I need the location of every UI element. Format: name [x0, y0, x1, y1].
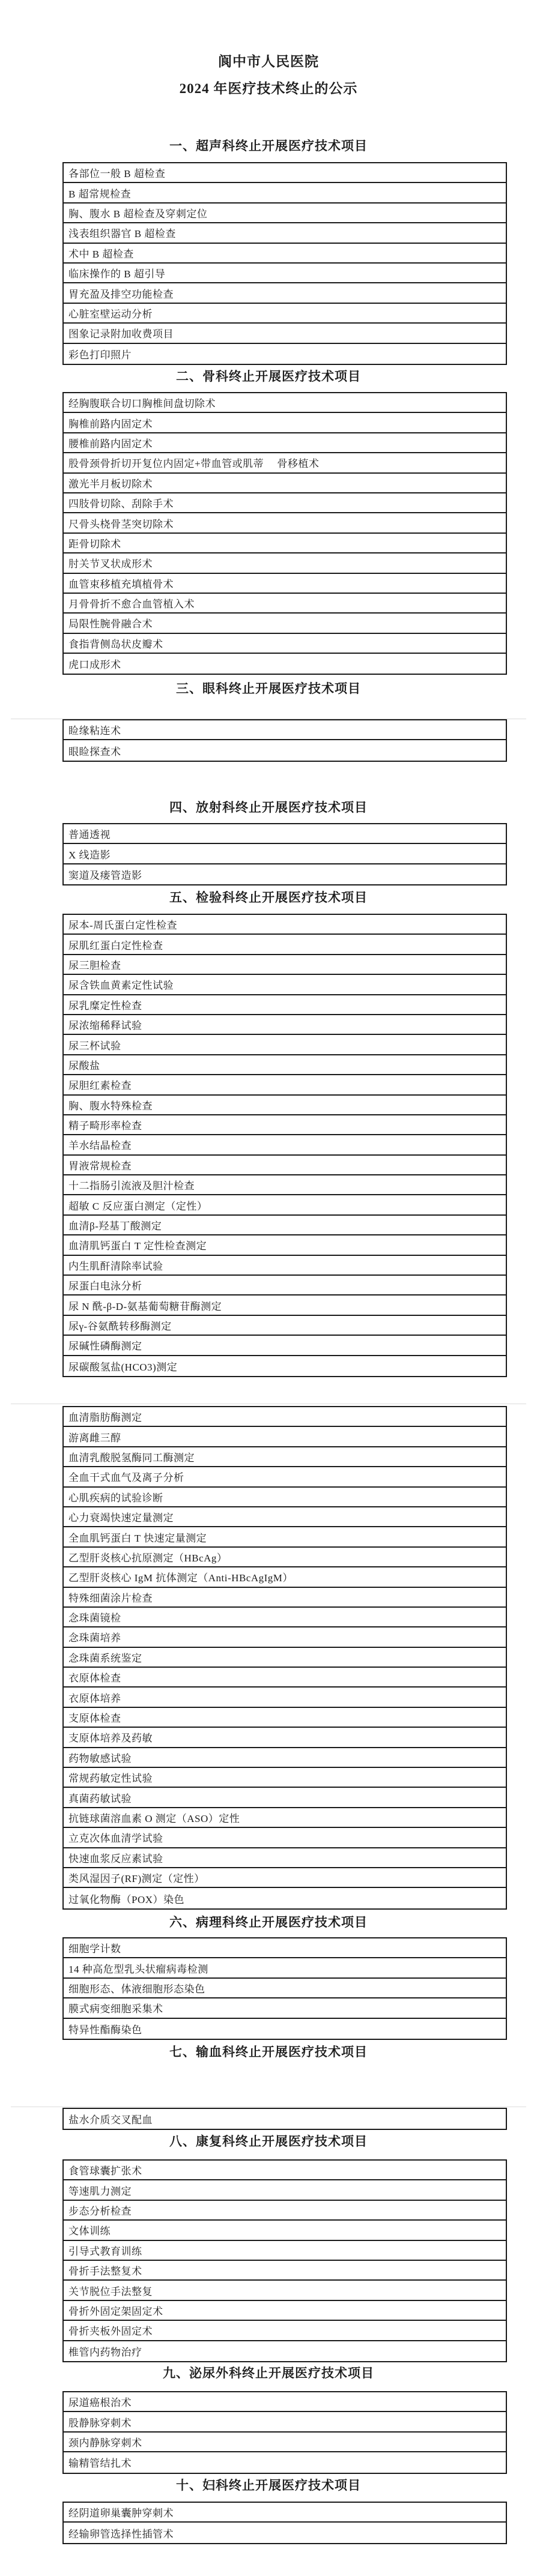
item-label: 尿 N 酰-β-D-氨基葡萄糖苷酶测定: [68, 1298, 222, 1313]
table-row: 经阴道卵巢囊肿穿刺术: [64, 2503, 506, 2523]
table-row: 尿γ-谷氨酰转移酶测定: [64, 1316, 506, 1336]
table-row: 过氧化物酶（POX）染色: [64, 1888, 506, 1908]
item-label: 经输卵管选择性插管术: [68, 2526, 174, 2541]
table-row: 血清β-羟基丁酸测定: [64, 1216, 506, 1235]
item-label: 尿胆红素检查: [68, 1077, 132, 1092]
item-label: 细胞形态、体液细胞形态染色: [68, 1980, 205, 1995]
table-row: 胸、腹水 B 超检查及穿刺定位: [64, 204, 506, 223]
terminated-items-table: 血清脂肪酶测定游离雌三醇血清乳酸脱氢酶同工酶测定全血干式血气及离子分析心肌疾病的…: [62, 1406, 507, 1910]
item-label: 真菌药敏试验: [68, 1790, 132, 1805]
table-row: 骨折手法整复术: [64, 2261, 506, 2281]
table-row: 支原体培养及药敏: [64, 1728, 506, 1748]
item-label: 尿碳酸氢盐(HCO3)测定: [68, 1359, 177, 1374]
item-label: 血清肌钙蛋白 T 定性检查测定: [68, 1237, 207, 1252]
table-row: 输精管结扎术: [64, 2452, 506, 2472]
item-label: 胸椎前路内固定术: [68, 415, 153, 430]
table-row: 膜式病变细胞采集术: [64, 1998, 506, 2018]
item-label: 乙型肝炎核心抗原测定（HBcAg）: [68, 1549, 227, 1564]
item-label: 膜式病变细胞采集术: [68, 2000, 163, 2015]
table-row: 尿酸盐: [64, 1055, 506, 1075]
item-label: 各部位一般 B 超检查: [68, 165, 165, 180]
table-row: 胸椎前路内固定术: [64, 413, 506, 433]
item-label: 骨折手法整复术: [68, 2263, 142, 2278]
table-row: 乙型肝炎核心 IgM 抗体测定（Anti-HBcAgIgM）: [64, 1567, 506, 1587]
table-row: 股骨颈骨折切开复位内固定+带血管或肌蒂 骨移植术: [64, 453, 506, 473]
item-label: 衣原体检查: [68, 1670, 121, 1685]
item-label: 尿酸盐: [68, 1057, 100, 1072]
table-row: 局限性腕骨融合术: [64, 614, 506, 633]
page-break-shadow: [11, 1404, 526, 1404]
table-row: 细胞学计数: [64, 1938, 506, 1958]
item-label: 药物敏感试验: [68, 1750, 132, 1765]
item-label: 局限性腕骨融合术: [68, 615, 153, 630]
item-label: 骨折夹板外固定术: [68, 2323, 153, 2338]
table-row: 胸、腹水特殊检查: [64, 1096, 506, 1115]
item-label: 细胞学计数: [68, 1940, 121, 1955]
item-label: 支原体培养及药敏: [68, 1730, 153, 1745]
item-label: 十二指肠引流液及胆汁检查: [68, 1177, 195, 1192]
table-row: 颈内静脉穿刺术: [64, 2433, 506, 2452]
terminated-items-table: 盐水介质交叉配血: [62, 2108, 507, 2130]
table-row: 念珠菌镜检: [64, 1608, 506, 1627]
section-heading: 六、病理科终止开展医疗技术项目: [0, 1913, 537, 1931]
terminated-items-table: 经胸腹联合切口胸椎间盘切除术胸椎前路内固定术腰椎前路内固定术股骨颈骨折切开复位内…: [62, 392, 507, 675]
terminated-items-table: 普通透视X 线造影窦道及瘘管造影: [62, 823, 507, 885]
hospital-name: 阆中市人民医院: [0, 53, 537, 71]
table-row: 各部位一般 B 超检查: [64, 163, 506, 183]
table-row: 全血干式血气及离子分析: [64, 1467, 506, 1487]
table-row: 关节脱位手法整复: [64, 2281, 506, 2300]
item-label: 念珠菌镜检: [68, 1609, 121, 1624]
item-label: 心脏室壁运动分析: [68, 306, 153, 321]
item-label: 窦道及瘘管造影: [68, 867, 142, 882]
item-label: 乙型肝炎核心 IgM 抗体测定（Anti-HBcAgIgM）: [68, 1569, 293, 1584]
item-label: 术中 B 超检查: [68, 246, 134, 261]
item-label: 衣原体培养: [68, 1690, 121, 1705]
item-label: 超敏 C 反应蛋白测定（定性）: [68, 1198, 207, 1213]
table-row: 椎管内药物治疗: [64, 2341, 506, 2361]
terminated-items-table: 细胞学计数14 种高危型乳头状瘤病毒检测细胞形态、体液细胞形态染色膜式病变细胞采…: [62, 1937, 507, 2040]
item-label: 虎口成形术: [68, 656, 121, 671]
item-label: 激光半月板切除术: [68, 475, 153, 490]
table-row: 心脏室壁运动分析: [64, 304, 506, 324]
table-row: 抗链球菌溶血素 O 测定（ASO）定性: [64, 1808, 506, 1828]
table-row: 羊水结晶检查: [64, 1135, 506, 1155]
table-row: 常规药敏定性试验: [64, 1768, 506, 1788]
table-row: 支原体检查: [64, 1708, 506, 1728]
item-label: 尿γ-谷氨酰转移酶测定: [68, 1318, 172, 1333]
table-row: 食指背侧岛状皮瓣术: [64, 634, 506, 654]
table-row: 十二指肠引流液及胆汁检查: [64, 1175, 506, 1195]
table-row: 血清肌钙蛋白 T 定性检查测定: [64, 1235, 506, 1255]
item-label: 精子畸形率检查: [68, 1117, 142, 1132]
item-label: 文体训练: [68, 2222, 111, 2237]
item-label: 股静脉穿刺术: [68, 2415, 132, 2430]
item-label: 全血干式血气及离子分析: [68, 1469, 184, 1484]
item-label: 步态分析检查: [68, 2203, 132, 2218]
notice-title: 2024 年医疗技术终止的公示: [0, 80, 537, 98]
item-label: 类风湿因子(RF)测定（定性）: [68, 1870, 205, 1885]
item-label: 尿含铁血黄素定性试验: [68, 977, 174, 992]
item-label: 尿肌红蛋白定性检查: [68, 937, 163, 952]
item-label: 四肢骨切除、刮除手术: [68, 495, 174, 510]
section-heading: 九、泌尿外科终止开展医疗技术项目: [0, 2364, 537, 2382]
table-row: 血清脂肪酶测定: [64, 1407, 506, 1427]
table-row: 尿胆红素检查: [64, 1075, 506, 1095]
table-row: 虎口成形术: [64, 654, 506, 674]
table-row: 心肌疾病的试验诊断: [64, 1488, 506, 1507]
section-heading: 七、输血科终止开展医疗技术项目: [0, 2043, 537, 2061]
table-row: 尿浓缩稀释试验: [64, 1015, 506, 1035]
item-label: 距骨切除术: [68, 535, 121, 550]
table-row: 真菌药敏试验: [64, 1788, 506, 1808]
table-row: 尿道癌根治术: [64, 2392, 506, 2412]
item-label: 过氧化物酶（POX）染色: [68, 1891, 184, 1906]
item-label: 念珠菌培养: [68, 1629, 121, 1644]
item-label: 心力衰竭快速定量测定: [68, 1509, 174, 1524]
item-label: 常规药敏定性试验: [68, 1770, 153, 1785]
table-row: 股静脉穿刺术: [64, 2412, 506, 2432]
item-label: 彩色打印照片: [68, 346, 132, 361]
table-row: 腰椎前路内固定术: [64, 433, 506, 453]
table-row: 尿肌红蛋白定性检查: [64, 935, 506, 955]
item-label: 胸、腹水特殊检查: [68, 1097, 153, 1112]
table-row: 眼睑探查术: [64, 740, 506, 760]
item-label: 经阴道卵巢囊肿穿刺术: [68, 2505, 174, 2520]
table-row: 14 种高危型乳头状瘤病毒检测: [64, 1958, 506, 1978]
item-label: 游离雌三醇: [68, 1429, 121, 1444]
table-row: 经输卵管选择性插管术: [64, 2523, 506, 2542]
table-row: 尺骨头桡骨茎突切除术: [64, 513, 506, 533]
item-label: 快速血浆反应素试验: [68, 1850, 163, 1865]
table-row: 心力衰竭快速定量测定: [64, 1507, 506, 1527]
item-label: 特异性酯酶染色: [68, 2021, 142, 2036]
table-row: 乙型肝炎核心抗原测定（HBcAg）: [64, 1548, 506, 1567]
table-row: 尿碱性磷酶测定: [64, 1336, 506, 1356]
item-label: 腰椎前路内固定术: [68, 435, 153, 450]
table-row: 立克次体血清学试验: [64, 1828, 506, 1848]
table-row: 普通透视: [64, 824, 506, 844]
terminated-items-table: 睑缘粘连术眼睑探查术: [62, 719, 507, 762]
table-row: 衣原体检查: [64, 1668, 506, 1688]
item-label: 食管球囊扩张术: [68, 2162, 142, 2177]
table-row: 引导式教育训练: [64, 2241, 506, 2261]
table-row: 距骨切除术: [64, 534, 506, 554]
item-label: 关节脱位手法整复: [68, 2283, 153, 2298]
section-heading: 五、检验科终止开展医疗技术项目: [0, 888, 537, 906]
table-row: 胃充盈及排空功能检查: [64, 283, 506, 303]
item-label: 尿浓缩稀释试验: [68, 1017, 142, 1032]
item-label: 血清脂肪酶测定: [68, 1409, 142, 1424]
item-label: 眼睑探查术: [68, 743, 121, 758]
table-row: 内生肌酐清除率试验: [64, 1256, 506, 1276]
table-row: 食管球囊扩张术: [64, 2161, 506, 2180]
table-row: 肘关节叉状成形术: [64, 554, 506, 573]
item-label: 等速肌力测定: [68, 2183, 132, 2198]
item-label: 特殊细菌涂片检查: [68, 1590, 153, 1605]
item-label: 胃液常规检查: [68, 1157, 132, 1172]
table-row: 骨折外固定架固定术: [64, 2301, 506, 2321]
table-row: 经胸腹联合切口胸椎间盘切除术: [64, 393, 506, 413]
terminated-items-table: 食管球囊扩张术等速肌力测定步态分析检查文体训练引导式教育训练骨折手法整复术关节脱…: [62, 2159, 507, 2362]
table-row: 盐水介质交叉配血: [64, 2109, 506, 2129]
item-label: 尿三杯试验: [68, 1037, 121, 1052]
table-row: 类风湿因子(RF)测定（定性）: [64, 1868, 506, 1888]
terminated-items-table: 经阴道卵巢囊肿穿刺术经输卵管选择性插管术: [62, 2502, 507, 2544]
item-label: 引导式教育训练: [68, 2243, 142, 2258]
item-label: 全血肌钙蛋白 T 快速定量测定: [68, 1530, 207, 1545]
section-heading: 四、放射科终止开展医疗技术项目: [0, 798, 537, 816]
item-label: 尿蛋白电泳分析: [68, 1277, 142, 1293]
item-label: 胃充盈及排空功能检查: [68, 286, 174, 301]
table-row: 浅表组织器官 B 超检查: [64, 223, 506, 243]
item-label: 立克次体血清学试验: [68, 1830, 163, 1845]
table-row: 月骨骨折不愈合血管植入术: [64, 594, 506, 614]
table-row: 尿蛋白电泳分析: [64, 1276, 506, 1296]
table-row: 精子畸形率检查: [64, 1115, 506, 1135]
item-label: 内生肌酐清除率试验: [68, 1258, 163, 1273]
table-row: 药物敏感试验: [64, 1748, 506, 1768]
table-row: 念珠菌系统鉴定: [64, 1648, 506, 1668]
table-row: 激光半月板切除术: [64, 474, 506, 493]
table-row: 尿 N 酰-β-D-氨基葡萄糖苷酶测定: [64, 1296, 506, 1315]
item-label: 支原体检查: [68, 1710, 121, 1725]
table-row: 全血肌钙蛋白 T 快速定量测定: [64, 1527, 506, 1547]
table-row: 尿含铁血黄素定性试验: [64, 975, 506, 995]
item-label: B 超常规检查: [68, 186, 131, 201]
table-row: 四肢骨切除、刮除手术: [64, 493, 506, 513]
table-row: 图象记录附加收费项目: [64, 324, 506, 343]
item-label: 食指背侧岛状皮瓣术: [68, 636, 163, 651]
section-heading: 十、妇科终止开展医疗技术项目: [0, 2476, 537, 2494]
table-row: 尿三胆检查: [64, 955, 506, 975]
table-row: 念珠菌培养: [64, 1627, 506, 1647]
terminated-items-table: 各部位一般 B 超检查B 超常规检查胸、腹水 B 超检查及穿刺定位浅表组织器官 …: [62, 162, 507, 365]
item-label: 浅表组织器官 B 超检查: [68, 225, 176, 240]
item-label: 尿本-周氏蛋白定性检查: [68, 917, 177, 932]
item-label: X 线造影: [68, 846, 111, 861]
terminated-items-table: 尿道癌根治术股静脉穿刺术颈内静脉穿刺术输精管结扎术: [62, 2391, 507, 2474]
table-row: 游离雌三醇: [64, 1427, 506, 1447]
item-label: 股骨颈骨折切开复位内固定+带血管或肌蒂 骨移植术: [68, 455, 319, 470]
table-row: 步态分析检查: [64, 2201, 506, 2221]
section-heading: 二、骨科终止开展医疗技术项目: [0, 367, 537, 385]
item-label: 图象记录附加收费项目: [68, 325, 174, 340]
table-row: 睑缘粘连术: [64, 720, 506, 740]
item-label: 心肌疾病的试验诊断: [68, 1489, 163, 1504]
item-label: 尿碱性磷酶测定: [68, 1338, 142, 1353]
table-row: 尿本-周氏蛋白定性检查: [64, 915, 506, 935]
table-row: 尿三杯试验: [64, 1035, 506, 1055]
table-row: 术中 B 超检查: [64, 244, 506, 264]
item-label: 尿乳糜定性检查: [68, 997, 142, 1012]
item-label: 骨折外固定架固定术: [68, 2303, 163, 2318]
item-label: 血管束移植充填植骨术: [68, 576, 174, 591]
item-label: 颈内静脉穿刺术: [68, 2434, 142, 2449]
table-row: 等速肌力测定: [64, 2180, 506, 2200]
item-label: 经胸腹联合切口胸椎间盘切除术: [68, 395, 216, 410]
item-label: 椎管内药物治疗: [68, 2344, 142, 2359]
table-row: 尿碳酸氢盐(HCO3)测定: [64, 1356, 506, 1376]
section-heading: 八、康复科终止开展医疗技术项目: [0, 2132, 537, 2150]
item-label: 14 种高危型乳头状瘤病毒检测: [68, 1961, 208, 1976]
table-row: X 线造影: [64, 844, 506, 864]
item-label: 肘关节叉状成形术: [68, 555, 153, 570]
table-row: 彩色打印照片: [64, 344, 506, 364]
table-row: 尿乳糜定性检查: [64, 995, 506, 1015]
item-label: 尺骨头桡骨茎突切除术: [68, 516, 174, 531]
item-label: 盐水介质交叉配血: [68, 2111, 153, 2126]
table-row: 骨折夹板外固定术: [64, 2321, 506, 2341]
section-heading: 三、眼科终止开展医疗技术项目: [0, 680, 537, 698]
item-label: 临床操作的 B 超引导: [68, 265, 165, 280]
document-page: { "title": { "line1": "阆中市人民医院", "line2"…: [0, 0, 537, 2576]
table-row: 临床操作的 B 超引导: [64, 264, 506, 283]
item-label: 输精管结扎术: [68, 2455, 132, 2470]
item-label: 尿三胆检查: [68, 957, 121, 972]
table-row: 血管束移植充填植骨术: [64, 574, 506, 594]
table-row: 细胞形态、体液细胞形态染色: [64, 1979, 506, 1998]
item-label: 睑缘粘连术: [68, 722, 121, 737]
table-row: 超敏 C 反应蛋白测定（定性）: [64, 1195, 506, 1215]
item-label: 普通透视: [68, 826, 111, 841]
item-label: 尿道癌根治术: [68, 2394, 132, 2409]
terminated-items-table: 尿本-周氏蛋白定性检查尿肌红蛋白定性检查尿三胆检查尿含铁血黄素定性试验尿乳糜定性…: [62, 914, 507, 1377]
table-row: 胃液常规检查: [64, 1156, 506, 1175]
section-heading: 一、超声科终止开展医疗技术项目: [0, 137, 537, 155]
table-row: 血清乳酸脱氢酶同工酶测定: [64, 1447, 506, 1467]
table-row: 窦道及瘘管造影: [64, 864, 506, 884]
page-break-shadow: [11, 2107, 526, 2107]
table-row: B 超常规检查: [64, 183, 506, 203]
table-row: 特异性酯酶染色: [64, 2019, 506, 2039]
item-label: 血清β-羟基丁酸测定: [68, 1217, 162, 1232]
item-label: 抗链球菌溶血素 O 测定（ASO）定性: [68, 1810, 240, 1825]
table-row: 快速血浆反应素试验: [64, 1848, 506, 1868]
item-label: 羊水结晶检查: [68, 1137, 132, 1152]
table-row: 衣原体培养: [64, 1688, 506, 1707]
table-row: 文体训练: [64, 2221, 506, 2240]
item-label: 月骨骨折不愈合血管植入术: [68, 596, 195, 611]
item-label: 血清乳酸脱氢酶同工酶测定: [68, 1449, 195, 1464]
item-label: 胸、腹水 B 超检查及穿刺定位: [68, 205, 207, 220]
table-row: 特殊细菌涂片检查: [64, 1588, 506, 1608]
item-label: 念珠菌系统鉴定: [68, 1650, 142, 1665]
